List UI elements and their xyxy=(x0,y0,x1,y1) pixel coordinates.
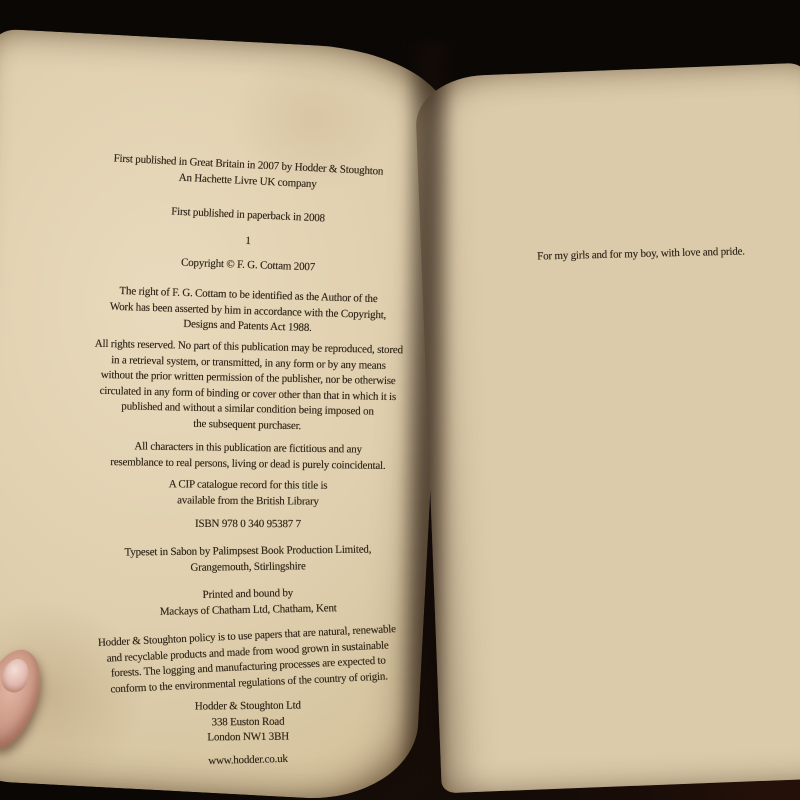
text-line: London NW1 3BH xyxy=(58,728,438,747)
text-line: available from the British Library xyxy=(58,492,438,511)
imprint-block: First published in Great Britain in 2007… xyxy=(57,149,438,199)
thumb-fingernail xyxy=(0,655,33,695)
text-line: 1 xyxy=(58,226,438,257)
printer-paragraph: Printed and bound by Mackays of Chatham … xyxy=(58,583,439,622)
rights-reserved-paragraph: All rights reserved. No part of this pub… xyxy=(57,336,439,437)
typesetting-paragraph: Typeset in Sabon by Palimpsest Book Prod… xyxy=(58,541,438,577)
text-line: First published in paperback in 2008 xyxy=(58,199,438,232)
book-photo: First published in Great Britain in 2007… xyxy=(0,0,800,800)
paper-policy-paragraph: Hodder & Stoughton policy is to use pape… xyxy=(57,620,439,700)
isbn-line: ISBN 978 0 340 95387 7 xyxy=(58,516,438,533)
disclaimer-paragraph: All characters in this publication are f… xyxy=(58,438,438,474)
print-run-number: 1 xyxy=(58,226,438,257)
right-page xyxy=(414,63,800,794)
copyright-line: Copyright © F. G. Cottam 2007 xyxy=(58,251,438,280)
cip-record-paragraph: A CIP catalogue record for this title is… xyxy=(58,476,438,510)
paperback-edition-line: First published in paperback in 2008 xyxy=(58,199,438,232)
publisher-address-block: Hodder & Stoughton Ltd 338 Euston Road L… xyxy=(58,697,438,747)
left-page-text: First published in Great Britain in 2007… xyxy=(58,0,438,769)
text-line: Copyright © F. G. Cottam 2007 xyxy=(58,251,438,280)
moral-rights-paragraph: The right of F. G. Cottam to be identifi… xyxy=(57,282,438,340)
text-line: ISBN 978 0 340 95387 7 xyxy=(58,516,438,533)
